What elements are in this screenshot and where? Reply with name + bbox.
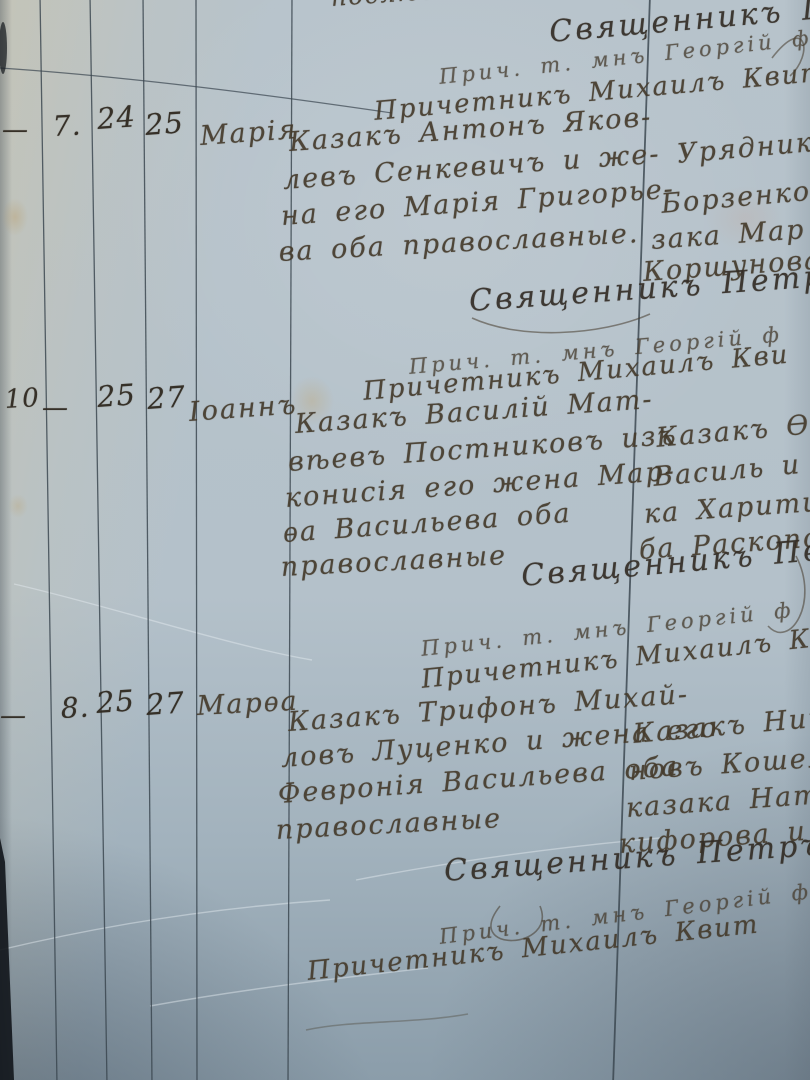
- crease-line-1: [14, 584, 312, 660]
- e3-born-day: 25: [95, 685, 136, 720]
- e2-baptized-day: 27: [146, 381, 187, 416]
- column-rule-4: [196, 0, 197, 1080]
- e2-male-no: 10: [4, 384, 41, 414]
- e1-name: Марія: [199, 115, 298, 151]
- e3-male-no: —: [0, 702, 27, 731]
- e1-born-day: 24: [96, 101, 137, 136]
- page-gutter-shadow: [0, 838, 14, 1080]
- column-rule-3: [143, 0, 152, 1080]
- e3-baptized-day: 27: [145, 687, 186, 722]
- column-rule-1: [40, 0, 57, 1080]
- e2-born-day: 25: [96, 379, 137, 414]
- manuscript-page: Рукописная метрическая книга — записи о …: [0, 0, 810, 1080]
- e1-female-no: 7.: [52, 110, 82, 142]
- ink-flourish-5: [306, 1014, 468, 1030]
- e1-baptized-day: 25: [144, 107, 185, 142]
- column-rule-2: [90, 0, 107, 1080]
- crease-line-2: [0, 900, 330, 950]
- e2-female-no: —: [42, 394, 69, 423]
- e3-female-no: 8.: [60, 692, 90, 724]
- page-edge-mark: [0, 22, 7, 74]
- e1-male-no: —: [2, 116, 29, 145]
- e3-name: Марѳа: [196, 687, 299, 722]
